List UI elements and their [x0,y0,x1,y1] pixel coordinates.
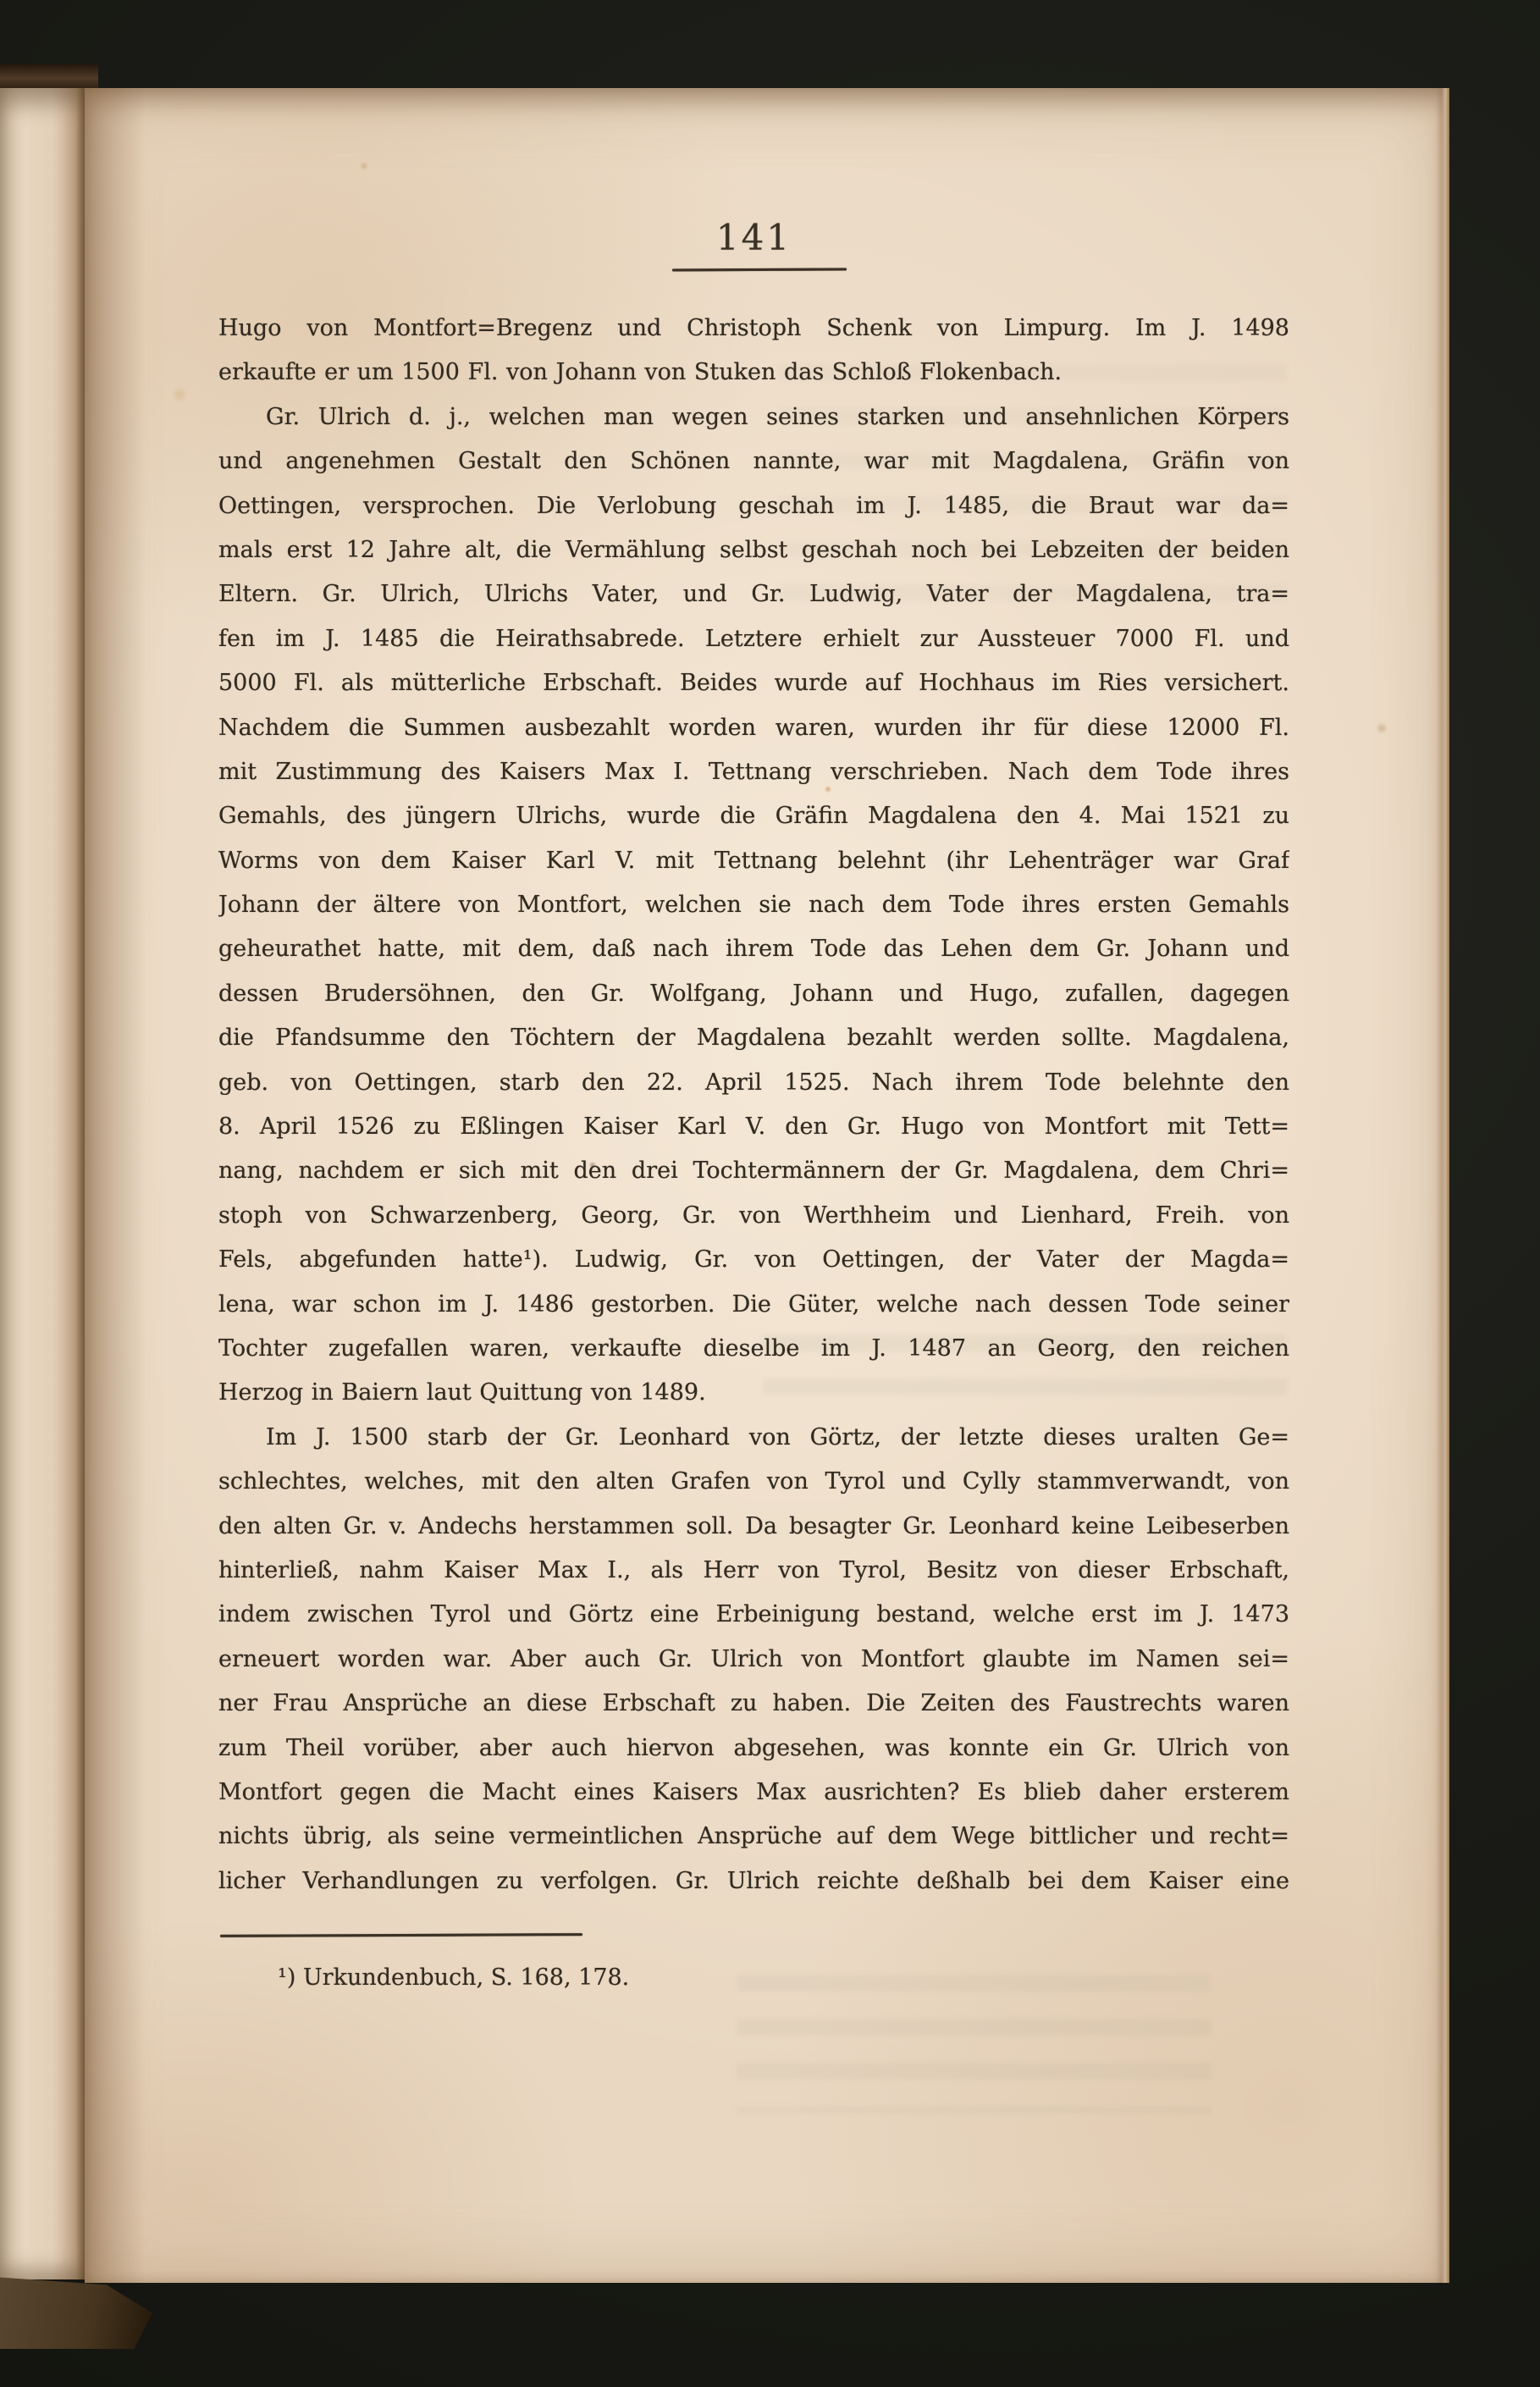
text-line: 5000 Fl. als mütterliche Erbschaft. Beid… [218,661,1289,705]
text-line: mals erst 12 Jahre alt, die Vermählung s… [218,528,1289,572]
text-line: Herzog in Baiern laut Quittung von 1489. [218,1371,1289,1415]
text-line: und angenehmen Gestalt den Schönen nannt… [218,439,1289,483]
text-line: Eltern. Gr. Ulrich, Ulrichs Vater, und G… [218,572,1289,616]
text-line: erneuert worden war. Aber auch Gr. Ulric… [218,1638,1289,1682]
text-line: licher Verhandlungen zu verfolgen. Gr. U… [218,1859,1289,1904]
text-line: 8. April 1526 zu Eßlingen Kaiser Karl V.… [218,1105,1289,1149]
text-line: Oettingen, versprochen. Die Verlobung ge… [218,484,1289,528]
text-line: Tochter zugefallen waren, verkaufte dies… [218,1327,1289,1371]
text-line: geb. von Oettingen, starb den 22. April … [218,1061,1289,1105]
book-scan: 141 Hugo von Montfort=Bregenz und Christ… [0,0,1540,2387]
text-line: stoph von Schwarzenberg, Georg, Gr. von … [218,1194,1289,1238]
text-line: dessen Brudersöhnen, den Gr. Wolfgang, J… [218,972,1289,1016]
text-line: indem zwischen Tyrol und Görtz eine Erbe… [218,1593,1289,1637]
left-page-edge [0,88,85,2279]
text-line: lena, war schon im J. 1486 gestorben. Di… [218,1283,1289,1327]
text-line: mit Zustimmung des Kaisers Max I. Tettna… [218,750,1289,794]
text-line: Gemahls, des jüngern Ulrichs, wurde die … [218,794,1289,838]
text-line: Gr. Ulrich d. j., welchen man wegen sein… [218,395,1289,439]
text-line: schlechtes, welches, mit den alten Grafe… [218,1460,1289,1504]
text-line: Worms von dem Kaiser Karl V. mit Tettnan… [218,839,1289,883]
page-number-rule [671,268,846,271]
text-line: den alten Gr. v. Andechs herstammen soll… [218,1505,1289,1549]
text-line: Montfort gegen die Macht eines Kaisers M… [218,1771,1289,1815]
text-line: nichts übrig, als seine vermeintlichen A… [218,1815,1289,1859]
footnote-separator-rule [220,1933,582,1937]
binding-leather-top-left [0,64,98,90]
text-line: die Pfandsumme den Töchtern der Magdalen… [218,1016,1289,1060]
text-line: nang, nachdem er sich mit den drei Tocht… [218,1149,1289,1193]
body-text: Hugo von Montfort=Bregenz und Christoph … [218,307,1289,1904]
text-line: ner Frau Ansprüche an diese Erbschaft zu… [218,1682,1289,1726]
text-line: geheurathet hatte, mit dem, daß nach ihr… [218,927,1289,971]
binding-leather-bottom-left [0,2274,152,2349]
footnote-text: ¹) Urkundenbuch, S. 168, 178. [278,1964,1040,1991]
page-number: 141 [218,217,1289,258]
text-line: Nachdem die Summen ausbezahlt worden war… [218,706,1289,750]
page-header: 141 [218,217,1289,271]
book-page: 141 Hugo von Montfort=Bregenz und Christ… [85,88,1449,2283]
text-line: Johann der ältere von Montfort, welchen … [218,883,1289,927]
text-line: Im J. 1500 starb der Gr. Leonhard von Gö… [218,1416,1289,1460]
text-line: fen im J. 1485 die Heirathsabrede. Letzt… [218,617,1289,661]
text-line: hinterließ, nahm Kaiser Max I., als Herr… [218,1549,1289,1593]
text-line: Hugo von Montfort=Bregenz und Christoph … [218,307,1289,351]
text-line: Fels, abgefunden hatte¹). Ludwig, Gr. vo… [218,1238,1289,1282]
text-line: erkaufte er um 1500 Fl. von Johann von S… [218,351,1289,395]
text-line: zum Theil vorüber, aber auch hiervon abg… [218,1727,1289,1771]
